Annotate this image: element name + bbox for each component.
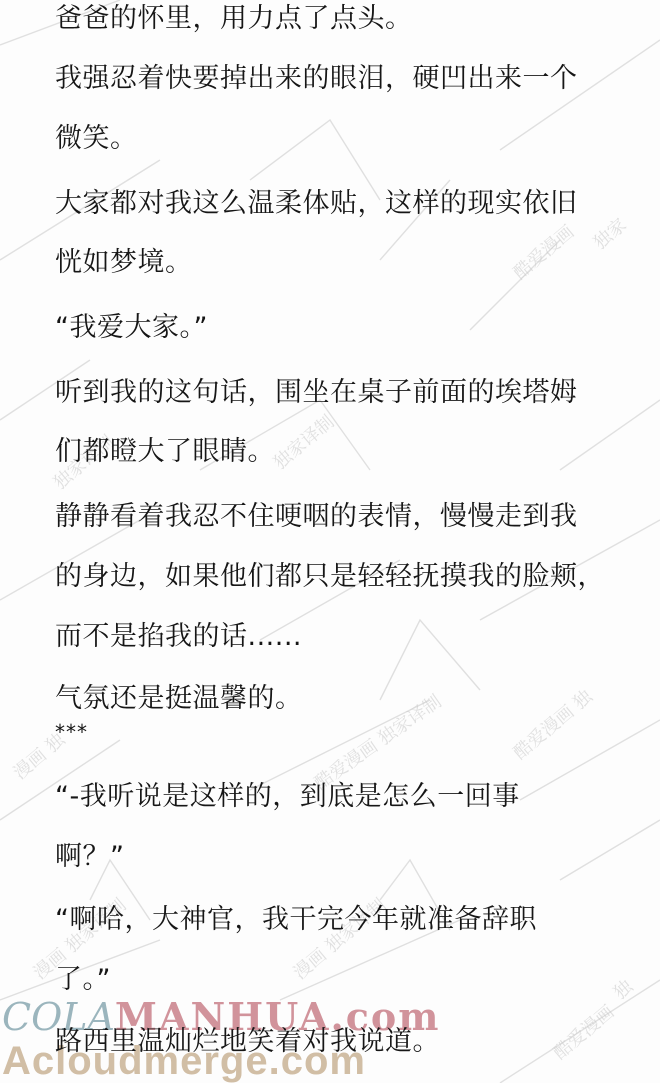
svg-text:酷爱漫画: 酷爱漫画 — [550, 1001, 619, 1063]
text-line-10: 的身边，如果他们都只是轻轻抚摸我的脸颊， — [55, 560, 605, 594]
svg-text:酷爱漫画 独家译制: 酷爱漫画 独家译制 — [311, 691, 446, 794]
text-line-11: 而不是掐我的话...... — [55, 620, 302, 654]
text-line-3: 微笑。 — [55, 122, 138, 156]
svg-text:酷爱漫画: 酷爱漫画 — [510, 221, 579, 283]
svg-text:独: 独 — [610, 976, 638, 1004]
text-line-5: 恍如梦境。 — [55, 246, 193, 280]
text-line-15: “啊哈，大神官，我干完今年就准备辞职 — [55, 903, 537, 937]
text-line-14: 啊？” — [55, 840, 125, 874]
text-line-6: “我爱大家。” — [55, 311, 208, 345]
manga-text-page: 酷爱漫画 独家 独家译制 独家译制 漫画 独 酷爱漫画 独家译制 酷爱漫画 独 … — [0, 0, 660, 1083]
text-line-13: “-我听说是这样的，到底是怎么一回事 — [55, 780, 520, 814]
text-line-16: 了。” — [55, 963, 111, 997]
scene-separator: *** — [55, 722, 88, 742]
text-line-17: 路西里温灿烂地笑着对我说道。 — [55, 1025, 440, 1059]
svg-text:酷爱漫画 独: 酷爱漫画 独 — [510, 686, 598, 764]
text-line-1: 爸爸的怀里，用力点了点头。 — [55, 2, 413, 36]
text-line-7: 听到我的这句话，围坐在桌子前面的埃塔姆 — [55, 376, 578, 410]
svg-text:独家译制: 独家译制 — [270, 411, 339, 473]
text-line-2: 我强忍着快要掉出来的眼泪，硬凹出来一个 — [55, 62, 578, 96]
text-line-12: 气氛还是挺温馨的。 — [55, 682, 303, 716]
text-line-8: 们都瞪大了眼睛。 — [55, 435, 275, 469]
text-line-4: 大家都对我这么温柔体贴，这样的现实依旧 — [55, 187, 578, 221]
text-line-9: 静静看着我忍不住哽咽的表情，慢慢走到我 — [55, 500, 578, 534]
svg-text:独家: 独家 — [590, 215, 631, 254]
